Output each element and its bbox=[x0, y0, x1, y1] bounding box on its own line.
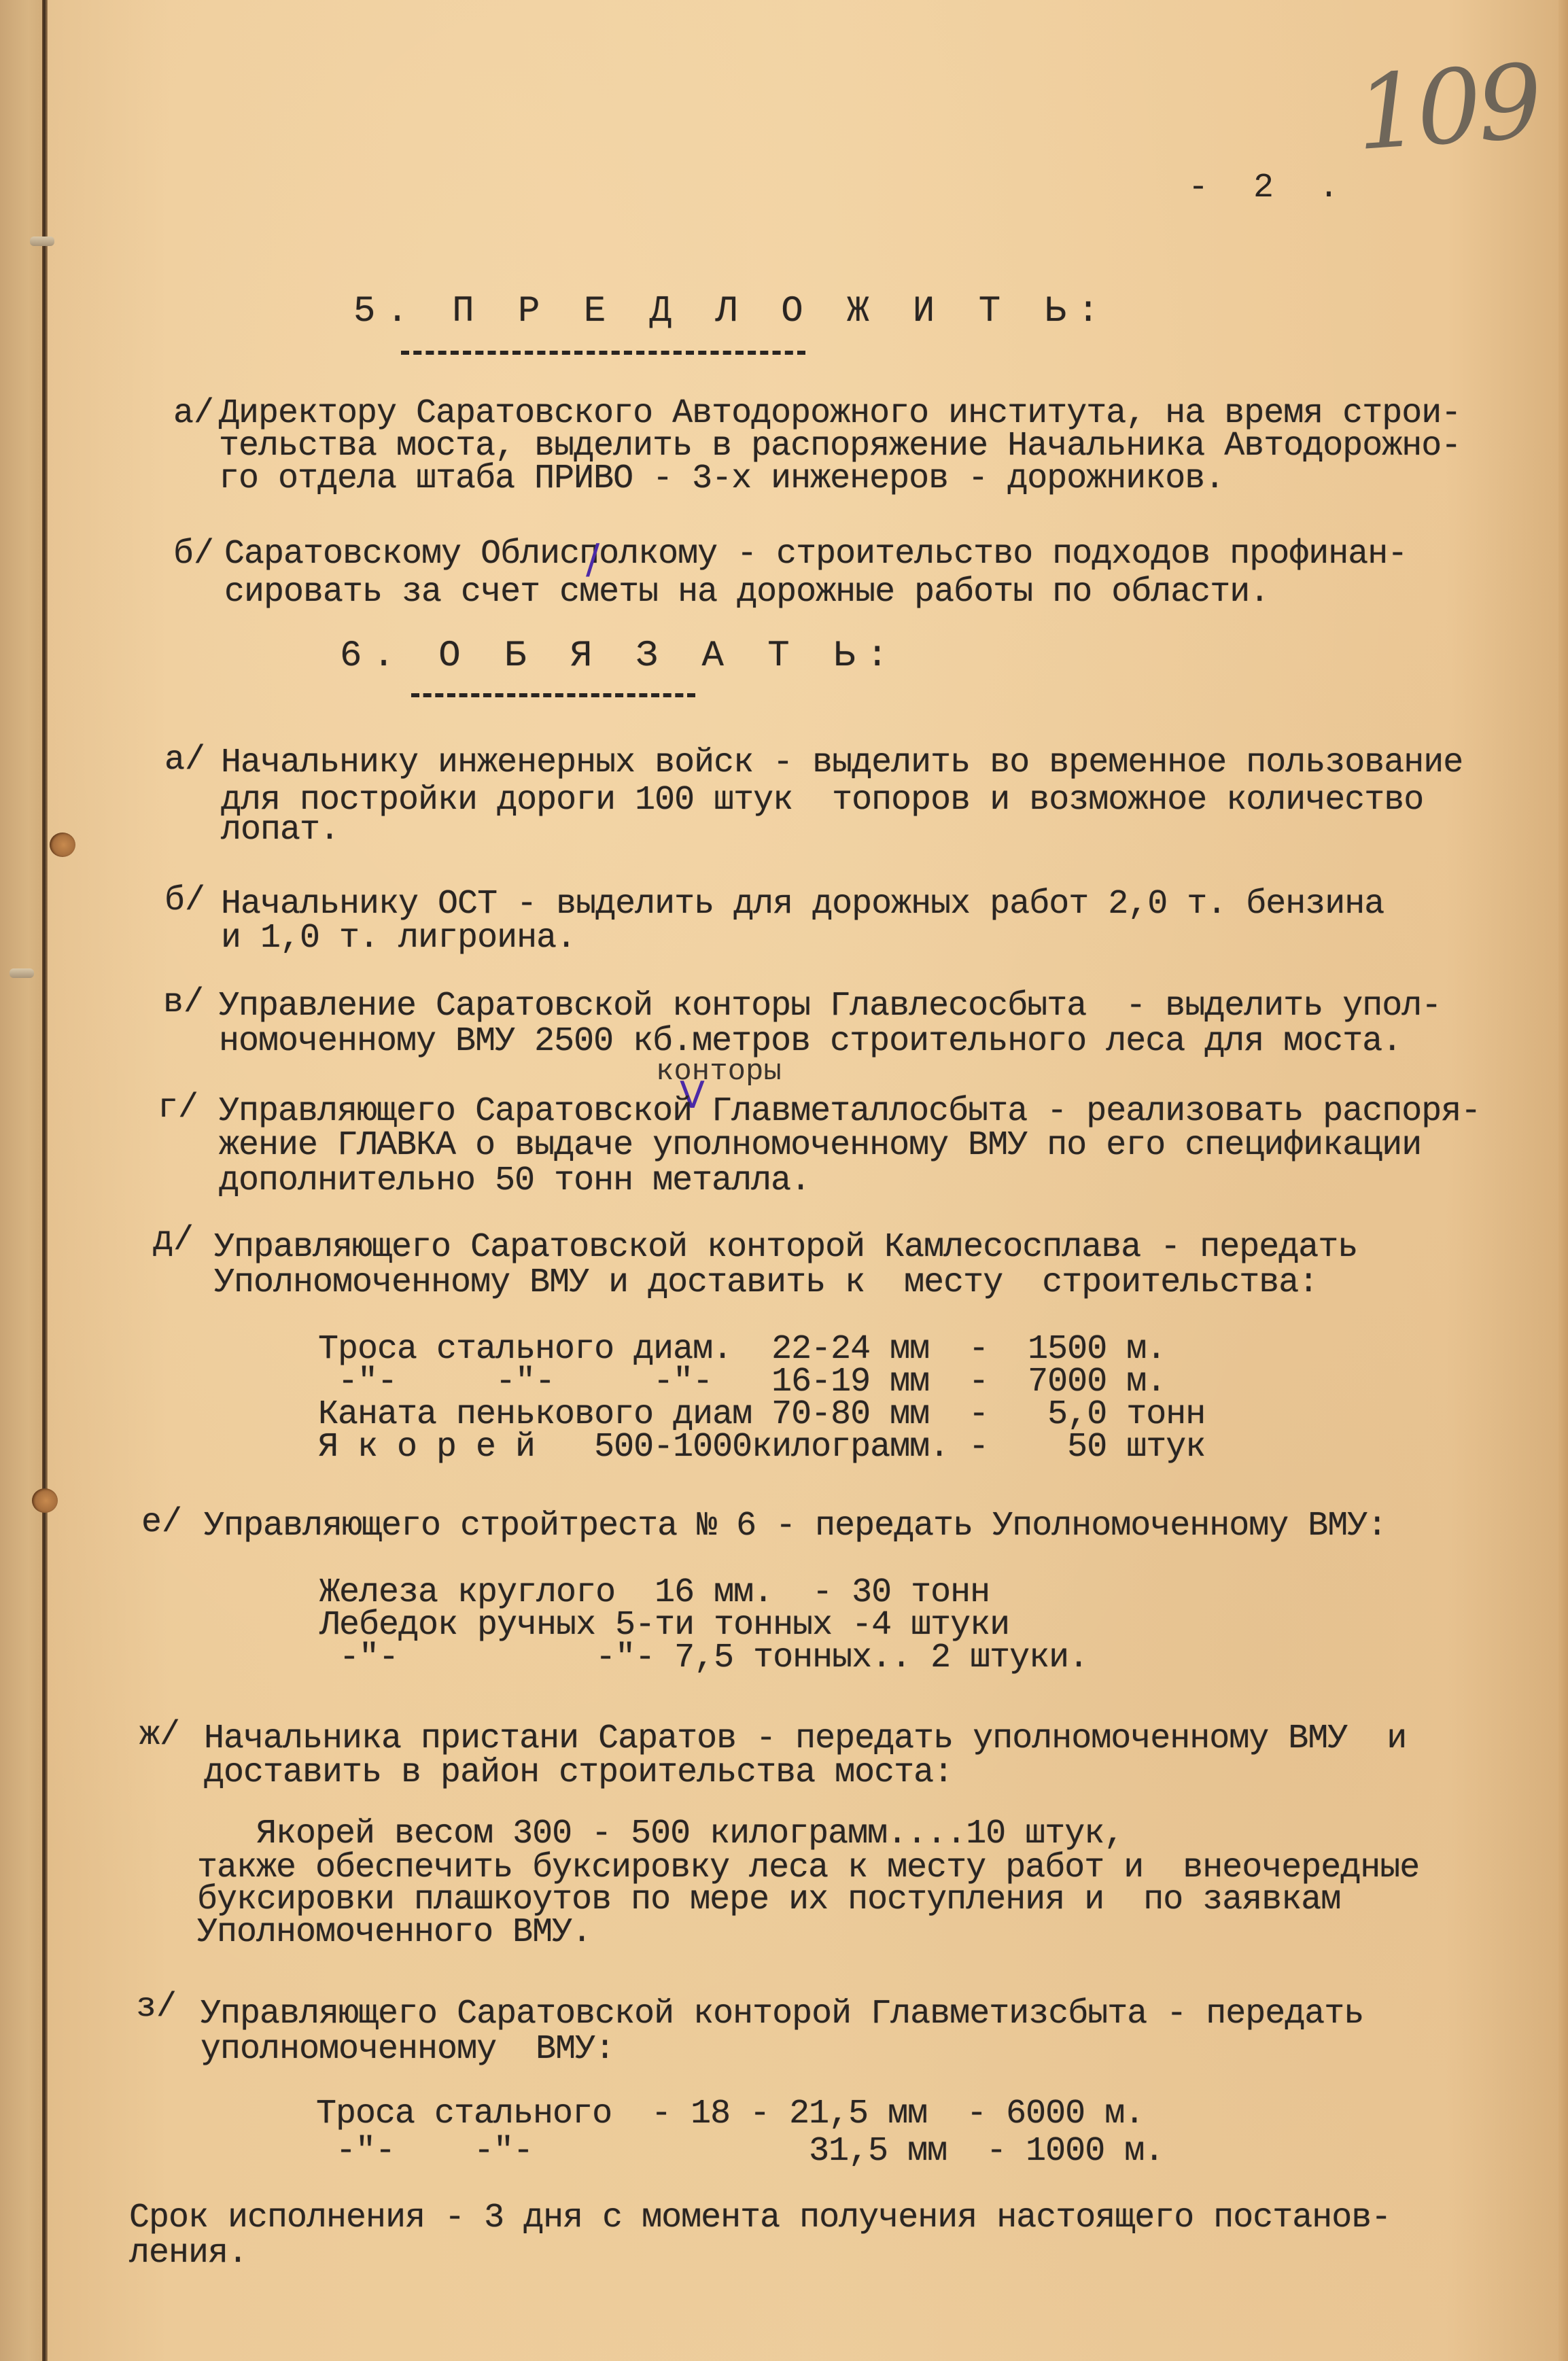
punch-hole bbox=[50, 833, 75, 857]
item-marker: е/ bbox=[141, 1505, 182, 1541]
binding-staple bbox=[30, 237, 54, 246]
section-5-item-a-line-3: го отдела штаба ПРИВО - 3-х инженеров - … bbox=[219, 461, 1224, 497]
binding-staple bbox=[10, 968, 34, 978]
section-6-item-v-line-1: Управление Саратовской конторы Главлесос… bbox=[219, 989, 1441, 1024]
item-marker: в/ bbox=[163, 985, 204, 1021]
item-marker: б/ bbox=[173, 537, 214, 572]
section-5-item-b-line-2: сировать за счет сметы на дорожные работ… bbox=[224, 575, 1269, 610]
section-6-item-a-line-1: Начальнику инженерных войск - выделить в… bbox=[221, 746, 1463, 781]
materials-table-row: Троса стального - 18 - 21,5 мм - 6000 м. bbox=[316, 2097, 1144, 2132]
section-6-item-zh-continuation: Уполномоченного ВМУ. bbox=[197, 1915, 591, 1951]
materials-table-row: -"- -"- 7,5 тонных.. 2 штуки. bbox=[319, 1641, 1088, 1676]
item-marker: з/ bbox=[136, 1990, 177, 2025]
section-6-item-a-line-2: для постройки дороги 100 штук топоров и … bbox=[221, 783, 1423, 818]
item-marker: б/ bbox=[164, 884, 205, 919]
section-6-item-d-line-2: Уполномоченному ВМУ и доставить к месту … bbox=[214, 1265, 1318, 1301]
item-marker: а/ bbox=[173, 396, 214, 432]
section-6-heading: 6. О Б Я З А Т Ь: bbox=[340, 635, 899, 677]
section-6-item-b-line-2: и 1,0 т. лигроина. bbox=[221, 921, 576, 956]
archive-sheet-number: 109 bbox=[1352, 43, 1542, 173]
section-6-item-a-line-3: лопат. bbox=[221, 813, 339, 848]
violet-ink-correction-mark: / bbox=[586, 536, 599, 583]
section-5-item-b-line-1: Саратовскому Облисполкому - строительств… bbox=[224, 537, 1407, 572]
section-6-item-v-line-2: номоченному ВМУ 2500 кб.метров строитель… bbox=[219, 1024, 1401, 1060]
binding-strip bbox=[0, 0, 48, 2361]
section-6-item-b-line-1: Начальнику ОСТ - выделить для дорожных р… bbox=[221, 887, 1384, 922]
section-6-item-zh-continuation: Якорей весом 300 - 500 килограмм....10 ш… bbox=[197, 1817, 1123, 1852]
typed-insertion-above-line: конторы bbox=[656, 1055, 782, 1089]
section-6-item-g-line-2: жение ГЛАВКА о выдаче уполномоченному ВМ… bbox=[219, 1128, 1421, 1164]
section-6-item-g-line-1: Управляющего Саратовской Главметаллосбыт… bbox=[219, 1094, 1480, 1130]
page-right-edge bbox=[1558, 0, 1568, 2361]
section-6-item-z-line-2: уполномоченному ВМУ: bbox=[201, 2032, 614, 2067]
binding-edge bbox=[42, 0, 48, 2361]
page-number: - 2 . bbox=[1188, 169, 1351, 207]
section-5-underline bbox=[401, 351, 805, 355]
section-6-item-zh-line-2: доставить в район строительства моста: bbox=[204, 1755, 953, 1791]
section-6-item-e-line-1: Управляющего стройтреста № 6 - передать … bbox=[204, 1509, 1387, 1544]
section-6-item-zh-line-1: Начальника пристани Саратов - передать у… bbox=[204, 1721, 1406, 1757]
section-6-underline bbox=[411, 693, 695, 697]
section-5-heading: 5. П Р Е Д Л О Ж И Т Ь: bbox=[353, 291, 1110, 332]
item-marker: а/ bbox=[164, 743, 205, 778]
item-marker: г/ bbox=[158, 1091, 198, 1126]
item-marker: д/ bbox=[153, 1223, 194, 1259]
deadline-line-1: Срок исполнения - 3 дня с момента получе… bbox=[129, 2201, 1391, 2236]
deadline-line-2: ления. bbox=[129, 2236, 247, 2271]
item-marker: ж/ bbox=[139, 1718, 180, 1753]
materials-table-row: -"- -"- 31,5 мм - 1000 м. bbox=[316, 2134, 1164, 2169]
section-6-item-d-line-1: Управляющего Саратовской конторой Камлес… bbox=[214, 1230, 1357, 1265]
section-6-item-g-line-3: дополнительно 50 тонн металла. bbox=[219, 1164, 810, 1199]
section-6-item-z-line-1: Управляющего Саратовской конторой Главме… bbox=[201, 1997, 1363, 2032]
materials-table-row: Я к о р е й 500-1000килограмм. - 50 штук bbox=[318, 1430, 1205, 1465]
punch-hole bbox=[32, 1488, 58, 1513]
